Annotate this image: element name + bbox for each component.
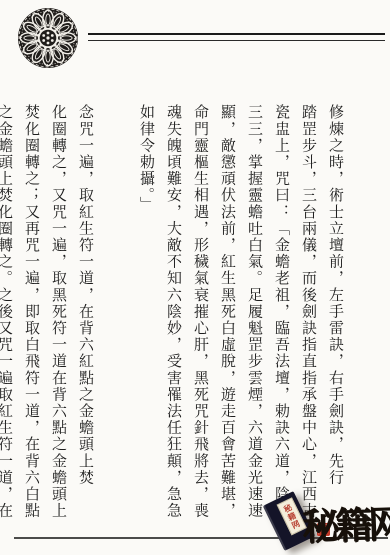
text-column: 踏罡步斗，三台兩儀，而後劍訣指直指承盤中心，江西古 <box>295 104 322 524</box>
text-column: 命門靈樞生相遇，形穢氣衰摧心肝，黑死咒針飛將去，喪 <box>187 104 214 524</box>
text-column: 顯，敵懲頑伏法前，紅生黑死白虛脫，遊走百會苦難堪， <box>214 104 241 524</box>
text-column: 焚化圈轉之；又再咒一遍，即取白飛符一道，在背六白點 <box>18 104 45 524</box>
text-column: 如律令勅攝。」 <box>133 104 160 524</box>
scripture-text: 修煉之時，術士立壇前，左手雷訣，右手劍訣，先行踏罡步斗，三台兩儀，而後劍訣指直指… <box>32 104 383 524</box>
text-column: 化圈轉之，又咒一遍，取黑死符一道在背六點之金蟾頭上 <box>45 104 72 524</box>
text-column: 念咒一遍，取紅生符一道，在背六紅點之金蟾頭上焚 <box>72 104 133 524</box>
text-column: 三三，掌握靈蟾吐白氣。足履魁罡步雲煙，六道金光速速 <box>241 104 268 524</box>
text-column: 修煉之時，術士立壇前，左手雷訣，右手劍訣，先行 <box>322 104 383 524</box>
site-logo-watermark: 秘籍网 <box>301 499 390 550</box>
text-column: 之金蟾頭上焚化圈轉之。之後又咒一遍取紅生符一道，在 <box>0 104 18 524</box>
book-page: 修煉之時，術士立壇前，左手雷訣，右手劍訣，先行踏罡步斗，三台兩儀，而後劍訣指直指… <box>0 0 390 555</box>
text-column: 瓷盅上，咒曰：「金蟾老祖，臨吾法壇，勅訣六道，陰 <box>268 104 295 524</box>
text-column: 魂失魄頃難安，大敵不知六陰妙，受害罹法任狂顛，急急 <box>160 104 187 524</box>
lotus-rosette-icon <box>16 6 80 70</box>
header-rule <box>88 33 385 41</box>
